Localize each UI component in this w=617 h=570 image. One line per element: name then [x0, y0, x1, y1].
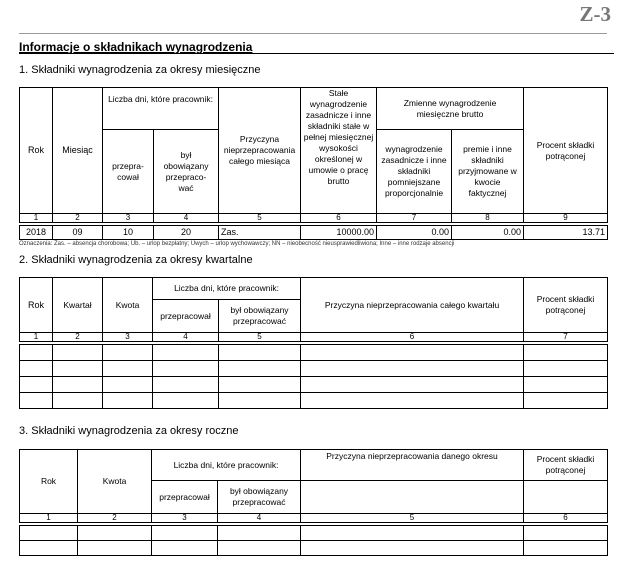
cell[interactable]: [153, 377, 219, 393]
cell[interactable]: [301, 541, 524, 556]
header-miesiac: Miesiąc: [53, 88, 103, 214]
header-rok: Rok: [20, 450, 78, 514]
col-number: 2: [53, 214, 103, 223]
header-procent: Procent składki potrąconej: [524, 450, 608, 481]
col-number: 6: [301, 333, 524, 342]
table-row: [20, 526, 608, 541]
header-przepracowal: przepracował: [153, 300, 219, 333]
cell[interactable]: [20, 377, 53, 393]
header-przyczyna: Przyczyna nieprzepracowania całego kwart…: [301, 278, 524, 333]
cell[interactable]: [53, 377, 103, 393]
col-number: 3: [103, 333, 153, 342]
cell[interactable]: [524, 361, 608, 377]
cell[interactable]: [103, 361, 153, 377]
header-rok: Rok: [20, 88, 53, 214]
header-liczba-dni: Liczba dni, które pracownik:: [103, 88, 219, 130]
cell-przyczyna[interactable]: Zas.: [219, 226, 301, 240]
cell[interactable]: [103, 345, 153, 361]
col-number: 7: [377, 214, 452, 223]
cell-rok[interactable]: 2018: [20, 226, 53, 240]
header-obowiazany: był obowiązany przepracować: [219, 300, 301, 333]
cell[interactable]: [219, 345, 301, 361]
section1-heading: 1. Składniki wynagrodzenia za okresy mie…: [19, 64, 261, 76]
table-row: [20, 377, 608, 393]
cell-zasadnicze[interactable]: 0.00: [377, 226, 452, 240]
col-number: 3: [152, 514, 218, 523]
cell[interactable]: [53, 345, 103, 361]
header-liczba-dni: Liczba dni, które pracownik:: [153, 278, 301, 300]
quarterly-table: Rok Kwartał Kwota Liczba dni, które prac…: [19, 277, 608, 409]
header-obowiazany: był obowiązany przepracować: [218, 481, 301, 514]
title-underline: [19, 53, 614, 54]
header-blank: [301, 481, 524, 514]
col-number: 1: [20, 514, 78, 523]
cell[interactable]: [524, 541, 608, 556]
cell[interactable]: [524, 377, 608, 393]
cell[interactable]: [301, 526, 524, 541]
table-row: [20, 345, 608, 361]
cell[interactable]: [20, 541, 78, 556]
cell[interactable]: [20, 345, 53, 361]
cell[interactable]: [219, 393, 301, 409]
cell[interactable]: [301, 393, 524, 409]
header-kwota: Kwota: [78, 450, 152, 514]
cell[interactable]: [218, 526, 301, 541]
col-number: 4: [154, 214, 219, 223]
header-przepracowal: przepracował: [152, 481, 218, 514]
cell[interactable]: [153, 345, 219, 361]
section3-heading: 3. Składniki wynagrodzenia za okresy roc…: [19, 425, 239, 437]
cell[interactable]: [301, 377, 524, 393]
cell[interactable]: [78, 541, 152, 556]
cell-stale[interactable]: 10000.00: [301, 226, 377, 240]
header-zasadnicze: wynagrodzenie zasadnicze i inne składnik…: [377, 130, 452, 214]
col-number: 1: [20, 214, 53, 223]
cell[interactable]: [152, 541, 218, 556]
cell[interactable]: [524, 393, 608, 409]
cell[interactable]: [524, 345, 608, 361]
cell[interactable]: [153, 393, 219, 409]
header-procent: Procent składki potrąconej: [524, 88, 608, 214]
col-number: 6: [301, 214, 377, 223]
cell[interactable]: [78, 526, 152, 541]
col-number: 6: [524, 514, 608, 523]
header-zmienne: Zmienne wynagrodzenie miesięczne brutto: [377, 88, 524, 130]
col-number: 9: [524, 214, 608, 223]
col-number: 5: [219, 214, 301, 223]
col-number: 2: [78, 514, 152, 523]
cell-obowiazany[interactable]: 20: [154, 226, 219, 240]
cell-przepracowal[interactable]: 10: [103, 226, 154, 240]
section2-heading: 2. Składniki wynagrodzenia za okresy kwa…: [19, 254, 253, 266]
col-number: 2: [53, 333, 103, 342]
col-number: 5: [301, 514, 524, 523]
table-row: [20, 541, 608, 556]
cell[interactable]: [103, 393, 153, 409]
cell-premie[interactable]: 0.00: [452, 226, 524, 240]
header-przyczyna: Przyczyna nieprzepracowania całego miesi…: [219, 88, 301, 214]
header-obowiazany: był obowiązany przepraco-wać: [154, 130, 219, 214]
cell[interactable]: [219, 377, 301, 393]
col-number: 7: [524, 333, 608, 342]
table-row: [20, 361, 608, 377]
legend-note: Oznaczenia: Zas. – absencja chorobowa; U…: [19, 241, 454, 247]
col-number: 8: [452, 214, 524, 223]
divider: [19, 33, 607, 34]
cell[interactable]: [153, 361, 219, 377]
cell[interactable]: [301, 345, 524, 361]
cell[interactable]: [218, 541, 301, 556]
header-stale: Stałe wynagrodzenie zasadnicze i inne sk…: [301, 88, 377, 214]
header-blank: [524, 481, 608, 514]
cell[interactable]: [20, 361, 53, 377]
header-liczba-dni: Liczba dni, które pracownik:: [152, 450, 301, 481]
col-number: 5: [219, 333, 301, 342]
header-przyczyna: Przyczyna nieprzepracowania danego okres…: [301, 450, 524, 481]
header-kwota: Kwota: [103, 278, 153, 333]
cell[interactable]: [103, 377, 153, 393]
col-number: 4: [218, 514, 301, 523]
col-number: 4: [153, 333, 219, 342]
yearly-table: Rok Kwota Liczba dni, które pracownik: P…: [19, 449, 608, 556]
cell[interactable]: [53, 361, 103, 377]
col-number: 1: [20, 333, 53, 342]
cell[interactable]: [20, 393, 53, 409]
cell[interactable]: [219, 361, 301, 377]
header-premie: premie i inne składniki przyjmowane w kw…: [452, 130, 524, 214]
header-procent: Procent składki potrąconej: [524, 278, 608, 333]
monthly-table: Rok Miesiąc Liczba dni, które pracownik:…: [19, 87, 608, 240]
page-title: Informacje o składnikach wynagrodzenia: [19, 40, 252, 54]
cell-procent[interactable]: 13.71: [524, 226, 608, 240]
form-code: Z-3: [580, 2, 612, 27]
cell[interactable]: [301, 361, 524, 377]
header-rok: Rok: [20, 278, 53, 333]
header-kwartal: Kwartał: [53, 278, 103, 333]
header-przepracowal: przepra-cował: [103, 130, 154, 214]
cell[interactable]: [53, 393, 103, 409]
table-row: [20, 393, 608, 409]
cell[interactable]: [524, 526, 608, 541]
cell[interactable]: [152, 526, 218, 541]
cell[interactable]: [20, 526, 78, 541]
col-number: 3: [103, 214, 154, 223]
cell-miesiac[interactable]: 09: [53, 226, 103, 240]
table-row: 2018 09 10 20 Zas. 10000.00 0.00 0.00 13…: [20, 226, 608, 240]
